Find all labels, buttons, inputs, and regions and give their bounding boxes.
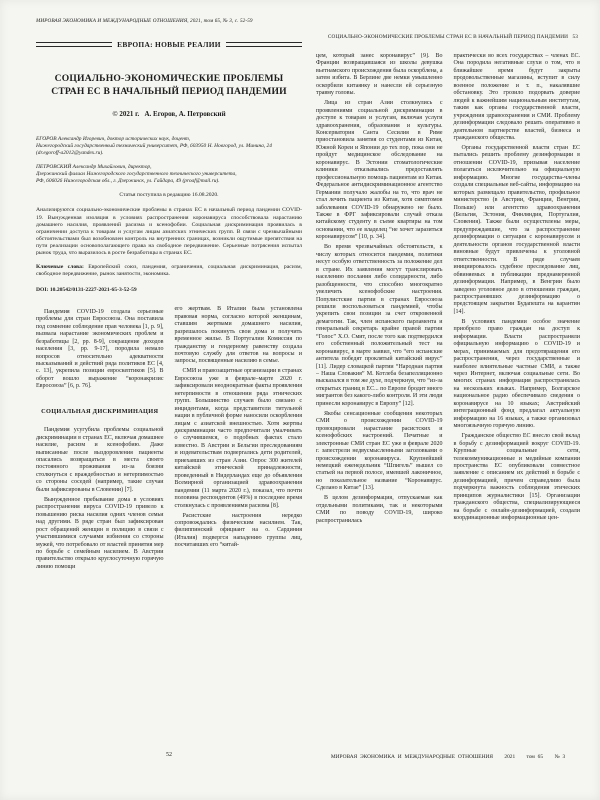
paragraph: Во время чрезвычайных обстоятельств, к ч… — [316, 244, 443, 408]
paragraph: Нижегородский государственный технически… — [36, 143, 302, 150]
body-columns-left-page: Пандемия COVID-19 создала серьезные проб… — [36, 306, 302, 674]
author-affiliations: ЕГОРОВ Александр Игоревич, доктор истори… — [36, 136, 302, 184]
column-1-paragraphs: Пандемия усугубила проблемы социальной д… — [36, 427, 164, 571]
keywords: Ключевые слова: Европейский союз, пандем… — [36, 264, 302, 278]
column-1-paragraphs: цем, который занес коронавирус” [9]. Во … — [316, 53, 443, 525]
paragraph: Пандемия COVID-19 создала серьезные проб… — [36, 309, 164, 391]
journal-spread-scan: МИРОВАЯ ЭКОНОМИКА И МЕЖДУНАРОДНЫЕ ОТНОШЕ… — [0, 0, 600, 800]
doi: DOI: 10.20542/0131-2227-2021-65-3-52-59 — [36, 287, 302, 293]
journal-citation-line: МИРОВАЯ ЭКОНОМИКА И МЕЖДУНАРОДНЫЕ ОТНОШЕ… — [36, 18, 302, 24]
running-footer: МИРОВАЯ ЭКОНОМИКА И МЕЖДУНАРОДНЫЕ ОТНОШЕ… — [316, 754, 580, 760]
paragraph: В целом дезинформация, отпускаемая как о… — [316, 495, 443, 525]
byline: © 2021 г. А. Егоров, А. Петровский — [36, 110, 302, 118]
paragraph: Вынужденное пребывание дома в условиях р… — [36, 497, 164, 572]
paragraph: (dr.egoroff-a2012@yandex.ru). — [36, 150, 302, 157]
paragraph: практически во всех государствах – члена… — [454, 53, 581, 142]
column-2: практически во всех государствах – члена… — [454, 53, 581, 725]
banner-rule-left — [36, 42, 112, 47]
paragraph: Лица из стран Азии столкнулись с проявле… — [316, 100, 443, 242]
section-banner: ЕВРОПА: НОВЫЕ РЕАЛИИ — [36, 40, 302, 49]
paragraph: Пандемия усугубила проблемы социальной д… — [36, 427, 164, 494]
paragraph: ПЕТРОВСКИЙ Александр Михайлович, директо… — [36, 164, 302, 171]
page-number: 53 — [573, 34, 579, 40]
article-title-line1: СОЦИАЛЬНО-ЭКОНОМИЧЕСКИЕ ПРОБЛЕМЫ — [36, 73, 302, 86]
paragraph: его жертвам. В Италии была установлена п… — [175, 306, 303, 366]
abstract: Анализируются социально-экономические пр… — [36, 207, 302, 257]
paragraph: В условиях пандемии особое значение прио… — [454, 319, 581, 431]
column-2-paragraphs: практически во всех государствах – члена… — [454, 53, 581, 523]
article-title-line2: СТРАН ЕС В НАЧАЛЬНЫЙ ПЕРИОД ПАНДЕМИИ — [36, 86, 302, 99]
running-header-title: СОЦИАЛЬНО-ЭКОНОМИЧЕСКИЕ ПРОБЛЕМЫ СТРАН Е… — [328, 34, 568, 40]
body-columns-right-page: цем, который занес коронавирус” [9]. Во … — [316, 53, 580, 725]
paragraph: ЕГОРОВ Александр Игоревич, доктор истори… — [36, 136, 302, 143]
column-2: его жертвам. В Италии была установлена п… — [175, 306, 303, 674]
paragraph: СМИ и правозащитные организации в страна… — [175, 368, 303, 510]
paragraph: цем, который занес коронавирус” [9]. Во … — [316, 53, 443, 98]
keywords-label: Ключевые слова: — [36, 264, 84, 270]
banner-rule-right — [226, 42, 302, 47]
page-left: МИРОВАЯ ЭКОНОМИКА И МЕЖДУНАРОДНЫЕ ОТНОШЕ… — [36, 18, 302, 784]
paragraph: Расистские настроения нередко сопровожда… — [175, 513, 303, 550]
author-block-petrovsky: ПЕТРОВСКИЙ Александр Михайлович, директо… — [36, 164, 302, 185]
column-1: Пандемия COVID-19 создала серьезные проб… — [36, 306, 164, 674]
author-block-egorov: ЕГОРОВ Александр Игоревич, доктор истори… — [36, 136, 302, 157]
page-right: СОЦИАЛЬНО-ЭКОНОМИЧЕСКИЕ ПРОБЛЕМЫ СТРАН Е… — [316, 18, 580, 784]
received-date: Статья поступила в редакцию 16.08.2020. — [36, 192, 302, 198]
paragraph: Якобы сенсационные сообщения некоторых С… — [316, 411, 443, 493]
page-number: 52 — [36, 752, 302, 758]
paragraph: Органы государственной власти стран ЕС п… — [454, 145, 581, 316]
paragraph: Дзержинский филиал Нижегородского госуда… — [36, 171, 302, 178]
paragraph: РФ, 606026 Нижегородская обл., г. Дзержи… — [36, 178, 302, 185]
column-1: цем, который занес коронавирус” [9]. Во … — [316, 53, 443, 725]
section-banner-label: ЕВРОПА: НОВЫЕ РЕАЛИИ — [117, 40, 221, 49]
section-heading: СОЦИАЛЬНАЯ ДИСКРИМИНАЦИЯ — [36, 408, 164, 415]
column-2-paragraphs: его жертвам. В Италии была установлена п… — [175, 306, 303, 550]
paragraph: Гражданское общество ЕС внесло свой вкла… — [454, 433, 581, 522]
article-title: СОЦИАЛЬНО-ЭКОНОМИЧЕСКИЕ ПРОБЛЕМЫ СТРАН Е… — [36, 73, 302, 98]
running-header: СОЦИАЛЬНО-ЭКОНОМИЧЕСКИЕ ПРОБЛЕМЫ СТРАН Е… — [316, 34, 580, 40]
